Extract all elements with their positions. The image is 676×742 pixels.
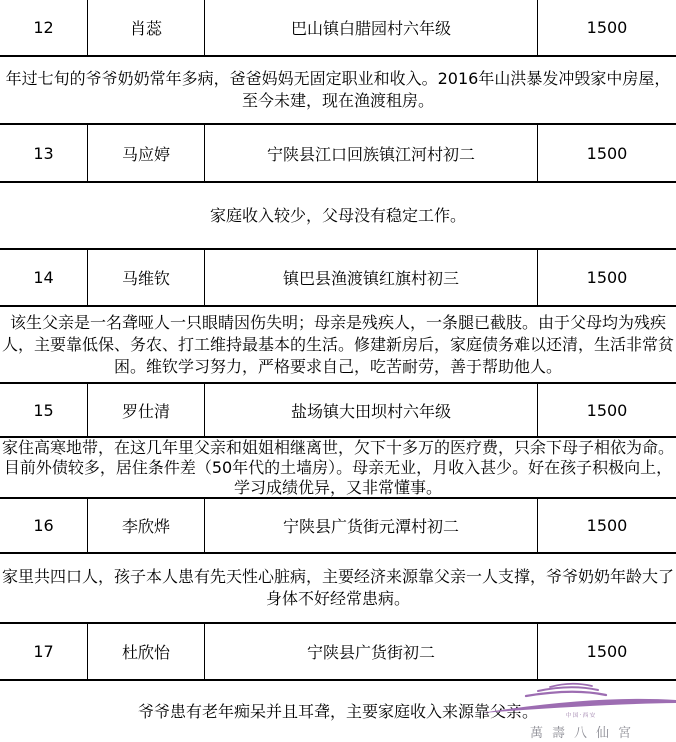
table-row: 12 肖蕊 巴山镇白腊园村六年级 1500 (0, 0, 676, 57)
school-grade-cell: 盐场镇大田坝村六年级 (205, 384, 538, 436)
family-situation-text: 家庭收入较少，父母没有稳定工作。 (0, 205, 676, 227)
table-row: 17 杜欣怡 宁陕县广货街初二 1500 (0, 624, 676, 681)
school-grade-cell: 镇巴县渔渡镇红旗村初三 (205, 250, 538, 305)
school-grade-cell: 宁陕县广货街初二 (205, 624, 538, 679)
family-situation-row: 家庭收入较少，父母没有稳定工作。 (0, 183, 676, 250)
family-situation-text: 该生父亲是一名聋哑人一只眼睛因伤失明；母亲是残疾人，一条腿已截肢。由于父母均为残… (0, 312, 676, 378)
student-name-cell: 肖蕊 (88, 0, 205, 55)
school-grade-cell: 宁陕县江口回族镇江河村初二 (205, 125, 538, 181)
student-name-cell: 罗仕清 (88, 384, 205, 436)
amount-cell: 1500 (538, 384, 676, 436)
school-grade-cell: 巴山镇白腊园村六年级 (205, 0, 538, 55)
family-situation-row: 家住高寒地带，在这几年里父亲和姐姐相继离世，欠下十多万的医疗费，只余下母子相依为… (0, 438, 676, 499)
family-situation-row: 爷爷患有老年痴呆并且耳聋，主要家庭收入来源靠父亲。 (0, 681, 676, 742)
family-situation-text: 年过七旬的爷爷奶奶常年多病，爸爸妈妈无固定职业和收入。2016年山洪暴发冲毁家中… (0, 68, 676, 112)
row-number-cell: 15 (0, 384, 88, 436)
amount-cell: 1500 (538, 624, 676, 679)
student-aid-table-page: 12 肖蕊 巴山镇白腊园村六年级 1500 年过七旬的爷爷奶奶常年多病，爸爸妈妈… (0, 0, 676, 742)
row-number-cell: 14 (0, 250, 88, 305)
family-situation-row: 该生父亲是一名聋哑人一只眼睛因伤失明；母亲是残疾人，一条腿已截肢。由于父母均为残… (0, 307, 676, 384)
family-situation-row: 家里共四口人，孩子本人患有先天性心脏病，主要经济来源靠父亲一人支撑，爷爷奶奶年龄… (0, 554, 676, 624)
amount-cell: 1500 (538, 499, 676, 552)
amount-cell: 1500 (538, 250, 676, 305)
family-situation-text: 家住高寒地带，在这几年里父亲和姐姐相继离世，欠下十多万的医疗费，只余下母子相依为… (0, 438, 676, 498)
table-row: 13 马应婷 宁陕县江口回族镇江河村初二 1500 (0, 125, 676, 183)
school-grade-cell: 宁陕县广货街元潭村初二 (205, 499, 538, 552)
row-number-cell: 17 (0, 624, 88, 679)
table-row: 16 李欣烨 宁陕县广货街元潭村初二 1500 (0, 499, 676, 554)
family-situation-text: 家里共四口人，孩子本人患有先天性心脏病，主要经济来源靠父亲一人支撑，爷爷奶奶年龄… (0, 566, 676, 610)
student-name-cell: 马应婷 (88, 125, 205, 181)
table-row: 15 罗仕清 盐场镇大田坝村六年级 1500 (0, 384, 676, 438)
row-number-cell: 13 (0, 125, 88, 181)
student-name-cell: 李欣烨 (88, 499, 205, 552)
family-situation-row: 年过七旬的爷爷奶奶常年多病，爸爸妈妈无固定职业和收入。2016年山洪暴发冲毁家中… (0, 57, 676, 125)
table-row: 14 马维钦 镇巴县渔渡镇红旗村初三 1500 (0, 250, 676, 307)
student-name-cell: 杜欣怡 (88, 624, 205, 679)
amount-cell: 1500 (538, 125, 676, 181)
amount-cell: 1500 (538, 0, 676, 55)
row-number-cell: 12 (0, 0, 88, 55)
student-name-cell: 马维钦 (88, 250, 205, 305)
row-number-cell: 16 (0, 499, 88, 552)
family-situation-text: 爷爷患有老年痴呆并且耳聋，主要家庭收入来源靠父亲。 (0, 701, 676, 723)
